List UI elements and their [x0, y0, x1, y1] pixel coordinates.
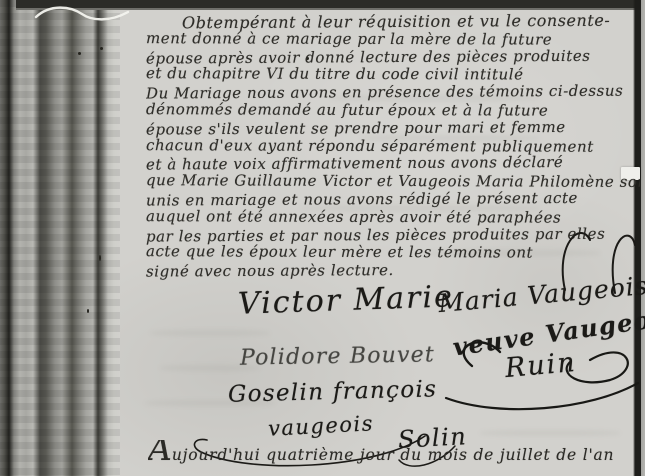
register-page-scan: Obtempérant à leur réquisition et vu le …	[0, 0, 645, 476]
ink-speck	[99, 255, 101, 261]
next-act-opening-line: Aujourd'hui quatrième jour du mois de ju…	[148, 440, 645, 464]
signature-goselin-francois: Goselin françois	[228, 376, 438, 407]
signature-victor-marie: Victor Marie	[237, 279, 454, 322]
ink-speck	[78, 52, 81, 55]
ink-speck	[87, 309, 89, 313]
signature-ruin: Ruin	[504, 347, 578, 384]
bleed-through-mark	[480, 430, 620, 436]
signature-polidore-bouvet: Polidore Bouvet	[240, 342, 435, 370]
binding-thread	[28, 1, 138, 27]
bleed-through-mark	[150, 330, 270, 336]
ink-speck	[100, 47, 103, 50]
book-binding-gutter	[0, 0, 120, 476]
